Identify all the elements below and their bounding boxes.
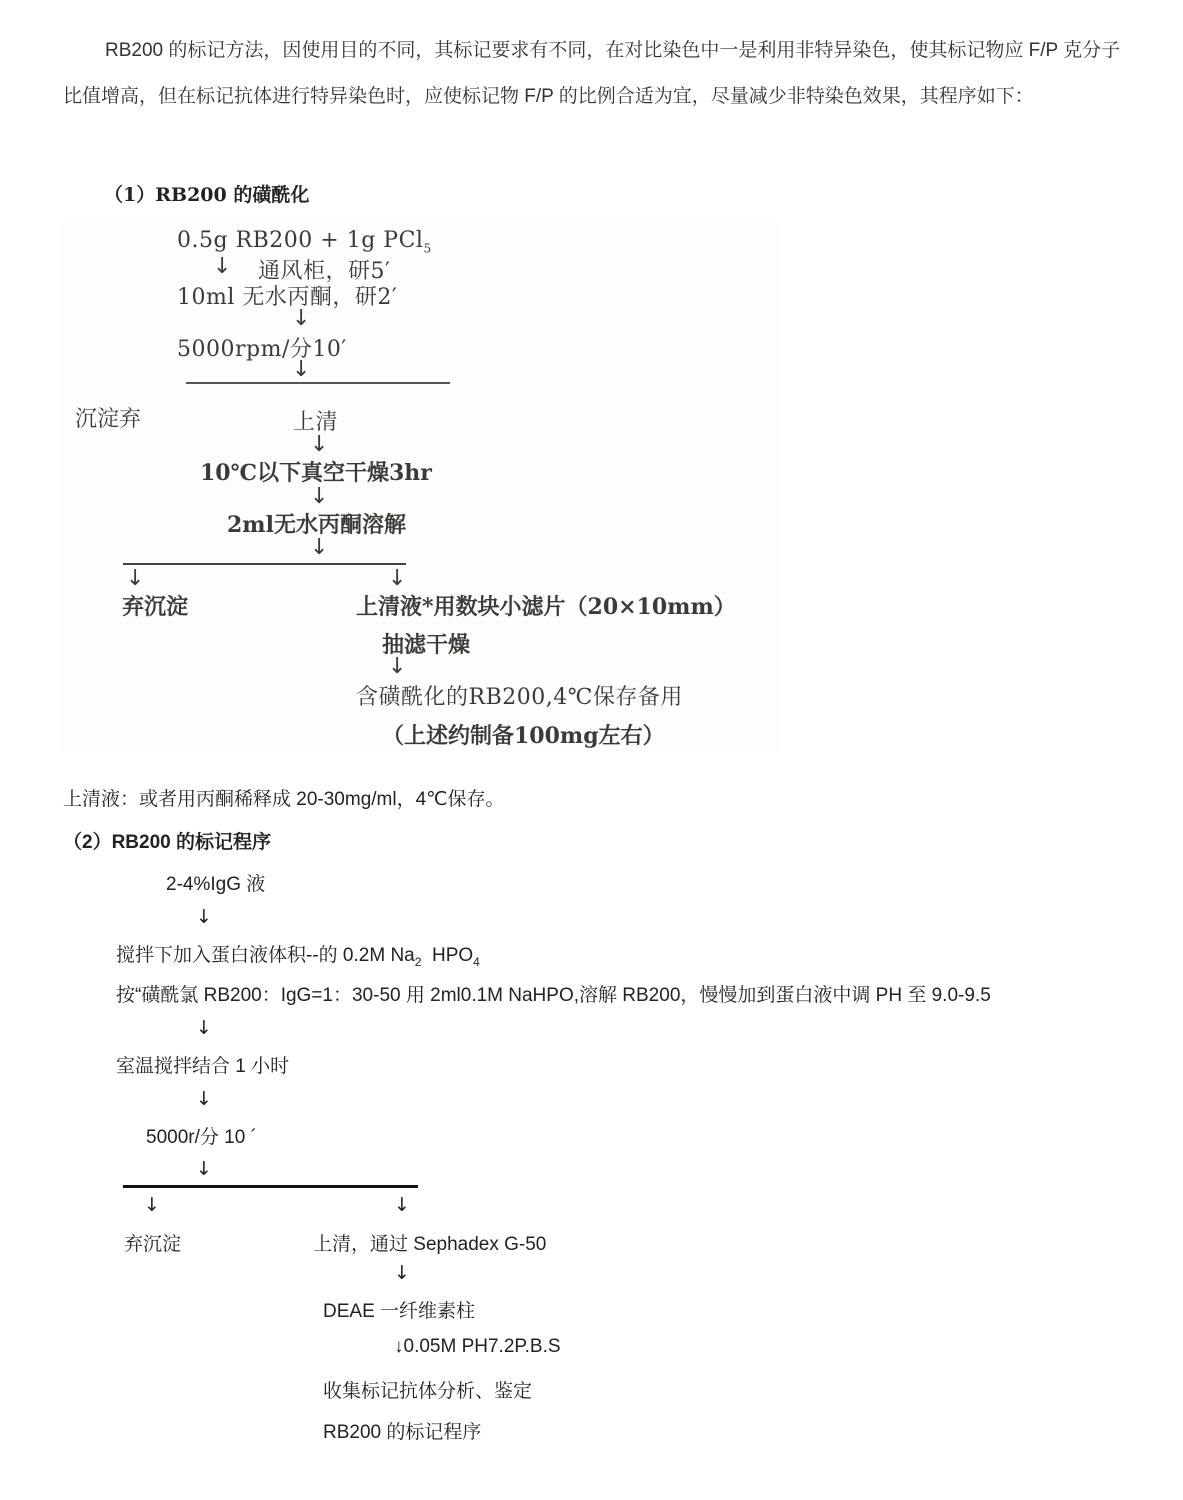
- s1-arrow3-icon: ↓: [292, 357, 311, 382]
- s1-step2: 10ml 无水丙酮，研2′: [177, 280, 397, 311]
- intro-text: RB200 的标记方法，因使用目的不同，其标记要求有不同，在对比染色中一是利用非…: [63, 40, 1120, 107]
- s1-divider-2: [123, 563, 406, 565]
- s1-step3: 5000rpm/分10′: [177, 332, 347, 363]
- s1-arrow2-icon: ↓: [292, 306, 311, 331]
- s2-step6: DEAE 一纤维素柱: [323, 1296, 475, 1323]
- s1-arrow1-icon: ↓: [213, 254, 232, 279]
- intro-paragraph: RB200 的标记方法，因使用目的不同，其标记要求有不同，在对比染色中一是利用非…: [63, 28, 1123, 120]
- s1-split-left-arrow-icon: ↓: [126, 566, 145, 591]
- s2-arrow4-icon: ↓: [196, 1158, 212, 1180]
- s1-left-branch: 沉淀弃: [75, 402, 141, 433]
- s2-split-left-arrow-icon: ↓: [144, 1194, 160, 1216]
- section1-heading: （1）RB200 的磺酰化: [104, 180, 309, 207]
- s2-step4: 室温搅拌结合 1 小时: [116, 1051, 289, 1078]
- s2-arrow3-icon: ↓: [196, 1088, 212, 1110]
- s2-arrow1-icon: ↓: [196, 906, 212, 928]
- s2-arrow2-icon: ↓: [196, 1017, 212, 1039]
- s1-divider-1: [186, 382, 450, 384]
- s2-step2: 搅拌下加入蛋白液体积--的 0.2M Na2 HPO4: [116, 940, 480, 969]
- s1-split-right-arrow-icon: ↓: [388, 566, 407, 591]
- s2-step7: 收集标记抗体分析、鉴定: [323, 1376, 532, 1403]
- s1-step1: 0.5g RB200 + 1g PCl5: [177, 228, 432, 255]
- s2-divider: [123, 1185, 418, 1188]
- s2-step8: RB200 的标记程序: [323, 1417, 481, 1444]
- s1-step4: 10℃以下真空干燥3hr: [200, 456, 432, 487]
- s2-split-left: 弃沉淀: [124, 1229, 181, 1256]
- s2-split-right-arrow-icon: ↓: [394, 1194, 410, 1216]
- s2-arrow5-icon: ↓: [394, 1262, 410, 1284]
- s2-step3: 按“磺酰氯 RB200：IgG=1：30-50 用 2ml0.1M NaHPO,…: [116, 980, 991, 1007]
- s1-arrow7-icon: ↓: [388, 654, 407, 679]
- s1-arrow6-icon: ↓: [310, 535, 329, 560]
- s2-step5: 5000r/分 10 ´: [146, 1122, 257, 1149]
- s1-arrow5-icon: ↓: [310, 484, 329, 509]
- s2-step1: 2-4%IgG 液: [166, 869, 265, 896]
- scanned-flowchart-1: [60, 222, 780, 752]
- s1-split-left: 弃沉淀: [122, 590, 188, 621]
- s2-arrow6-label: ↓0.05M PH7.2P.B.S: [394, 1336, 561, 1358]
- s1-arrow4-icon: ↓: [310, 432, 329, 457]
- s1-note: （上述约制备100mg左右）: [382, 719, 665, 750]
- section2-heading: （2）RB200 的标记程序: [63, 827, 271, 854]
- s1-split-right: 上清液*用数块小滤片（20×10mm）: [356, 590, 736, 621]
- s1-step7: 含磺酰化的RB200,4℃保存备用: [356, 680, 683, 711]
- footnote: 上清液：或者用丙酮稀释成 20-30mg/ml，4℃保存。: [63, 784, 505, 811]
- s2-split-right: 上清，通过 Sephadex G-50: [313, 1229, 546, 1256]
